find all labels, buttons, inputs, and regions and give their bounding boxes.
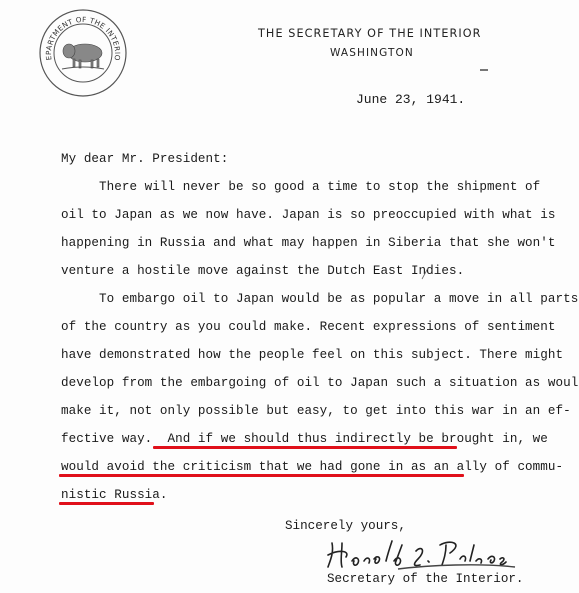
pen-tick-mark — [420, 266, 430, 280]
letter-date: June 23, 1941. — [356, 92, 465, 107]
letter-page: DEPARTMENT OF THE INTERIOR THE SECRETARY… — [0, 0, 579, 593]
highlight-underline — [59, 502, 154, 505]
body-line: venture a hostile move against the Dutch… — [61, 264, 464, 278]
signature-title: Secretary of the Interior. — [327, 572, 524, 586]
body-line: have demonstrated how the people feel on… — [61, 348, 563, 362]
salutation: My dear Mr. President: — [61, 152, 228, 166]
body-line: happening in Russia and what may happen … — [61, 236, 556, 250]
body-line: of the country as you could make. Recent… — [61, 320, 556, 334]
bison-seal-icon: DEPARTMENT OF THE INTERIOR — [38, 8, 128, 98]
highlight-underline — [153, 446, 457, 449]
scan-mark — [480, 69, 488, 71]
closing: Sincerely yours, — [285, 519, 406, 533]
body-line: would avoid the criticism that we had go… — [61, 460, 563, 474]
letterhead-city: WASHINGTON — [330, 47, 414, 59]
body-line: nistic Russia. — [61, 488, 168, 502]
handwritten-signature: Harold L. Ickes — [320, 535, 540, 575]
highlight-underline — [59, 474, 464, 477]
body-line: oil to Japan as we now have. Japan is so… — [61, 208, 556, 222]
letterhead-title: THE SECRETARY OF THE INTERIOR — [258, 27, 482, 40]
body-line: fective way. And if we should thus indir… — [61, 432, 548, 446]
body-line: To embargo oil to Japan would be as popu… — [61, 292, 578, 306]
body-line: There will never be so good a time to st… — [61, 180, 540, 194]
body-line: make it, not only possible but easy, to … — [61, 404, 571, 418]
body-line: develop from the embargoing of oil to Ja… — [61, 376, 579, 390]
